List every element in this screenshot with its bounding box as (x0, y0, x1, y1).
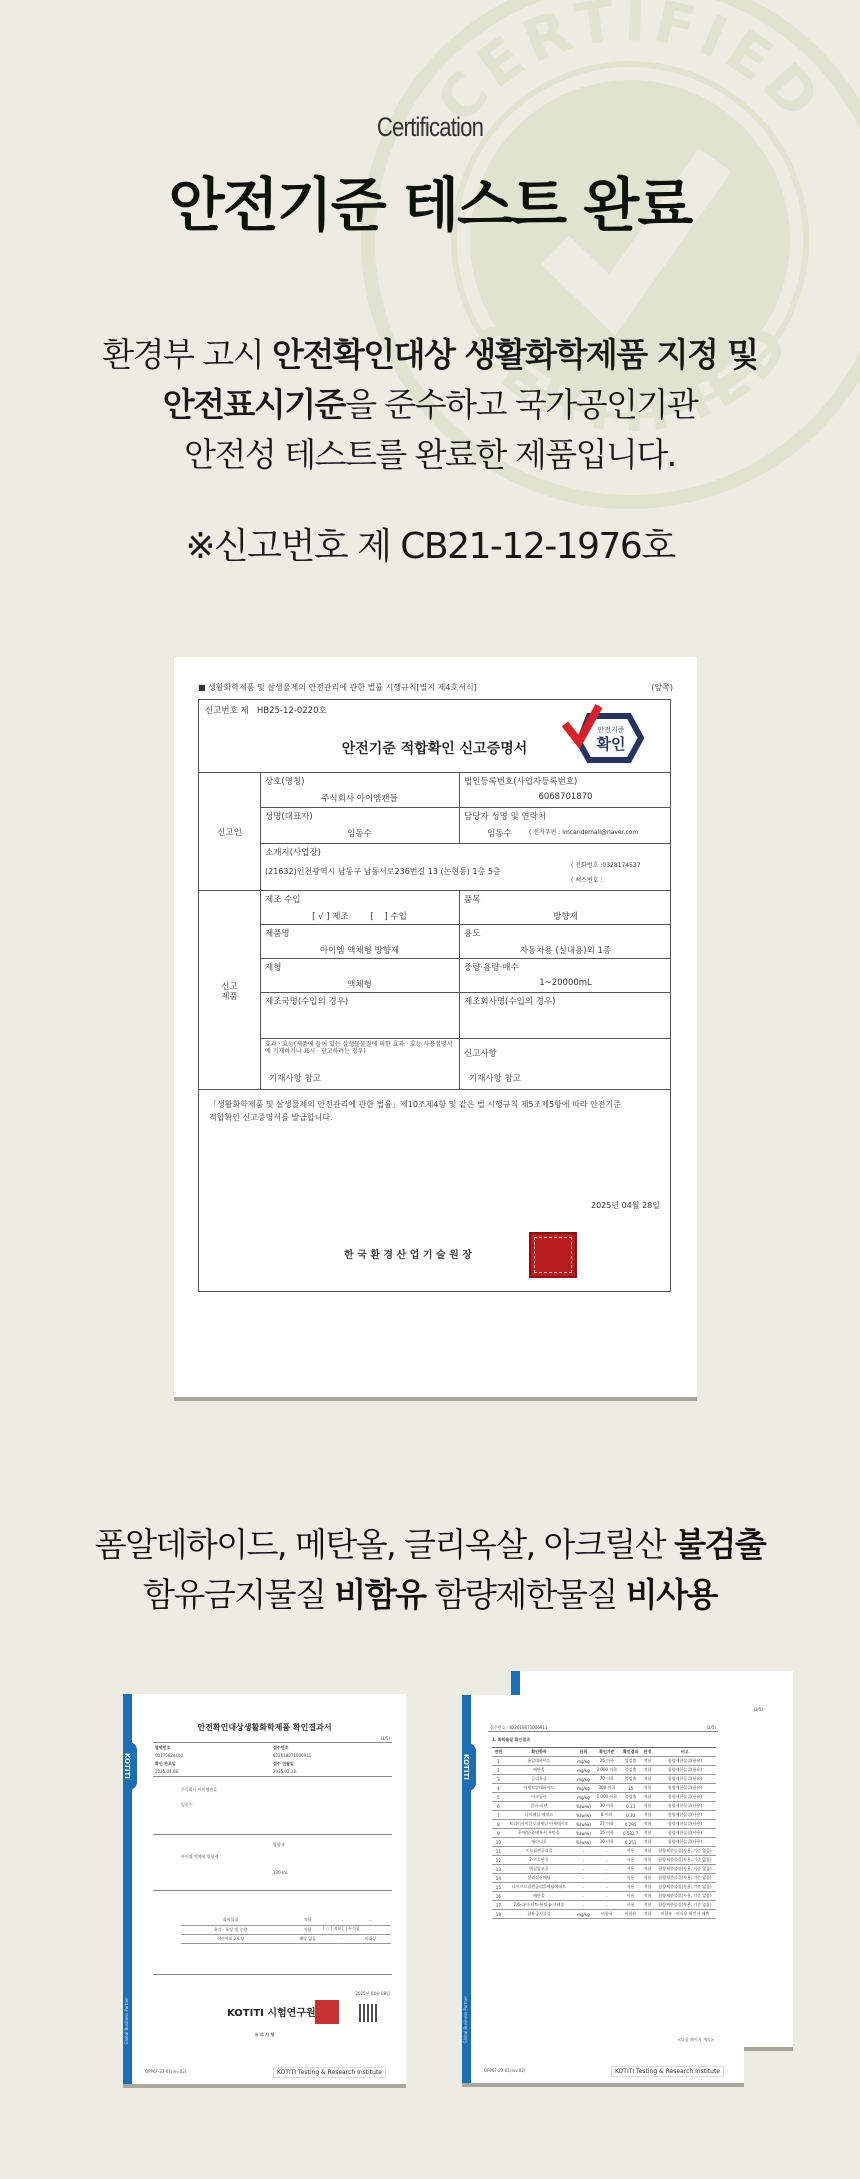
issuer-name: 한 국 환 경 산 업 기 술 원 장 (344, 1246, 472, 1261)
table-row: 122-프로판올--사용적합함량제한물질(사용, 기준 없음) (492, 1856, 716, 1865)
page-side: (앞쪽) (651, 682, 673, 693)
registration-number: ※신고번호 제 CB21-12-1976호 (0, 518, 860, 569)
page-title: 안전기준 테스트 완료 (0, 158, 860, 242)
table-row: 93-메틸-3-메톡시 부탄올%(w/w)15 이하0.582 7적합함량제한물… (492, 1829, 716, 1838)
table-row: 10제라니올%(w/w)10 이하0.251적합함량제한물질(사용) (492, 1838, 716, 1847)
kotiti-institute-name: KOTITI 시험연구원 (227, 2004, 316, 2019)
issuance-statement: 「생활화학제품 및 살생물제의 안전관리에 관한 법률」제10조제4항 및 같은… (209, 1098, 629, 1124)
table-row: 어린이보호포장해당 없음-비대상 (181, 1934, 391, 1943)
kotiti-result-report-page2: KOTITI Global Business Partner 접수번호 : 82… (462, 1695, 744, 2083)
table-row: 11프로필렌글리콜--사용적합함량제한물질(사용, 기준 없음) (492, 1847, 716, 1856)
table-row: 14살리실산메틸--사용적합함량제한물질(사용, 기준 없음) (492, 1874, 716, 1883)
table-row: 화학물질적합-- (181, 1916, 391, 1925)
kotiti-logo: KOTITI (123, 1742, 137, 1790)
table-row: 16에탄올--사용적합함량제한물질(사용, 기준 없음) (492, 1892, 716, 1901)
intro-text: 환경부 고시 안전확인대상 생활화학제품 지정 및 안전표시기준을 준수하고 국… (0, 330, 860, 480)
table-row: 2메탄올mg/kg2 000 이하불검출적합함량제한물질(함유) (492, 1766, 716, 1775)
table-row: 15다이프로필렌글리콜메틸에테르--사용적합함량제한물질(사용, 기준 없음) (492, 1883, 716, 1892)
test-result-claims: 폼알데하이드, 메탄올, 글리옥살, 아크릴산 불검출 함유금지물질 비함유 함… (0, 1520, 860, 1620)
kotiti-result-report-page1: KOTITI Global Business Partner 안전확인대상생활화… (123, 1694, 406, 2084)
table-row: 8트리이사이클로데세닐 아세테이트%(w/w)27 이하0.295적합함량제한물… (492, 1820, 716, 1829)
table-row: 13벤질알코올--사용적합함량제한물질(사용, 기준 없음) (492, 1865, 716, 1874)
certificate-frame: 신고번호 제 HB25-12-0220호 안전기준 적합확인 신고증명서 안전기… (198, 699, 671, 1292)
form-reference: ■ 생활화학제품 및 살생물제의 안전관리에 관한 법률 시행규칙[별지 제4호… (198, 682, 477, 693)
safety-certificate: ■ 생활화학제품 및 살생물제의 안전관리에 관한 법률 시행규칙[별지 제4호… (174, 657, 697, 1397)
table-row: 172,6-다이-터트-뷰틸-p-크레솔--사용적합함량제한물질(사용, 기준 … (492, 1901, 716, 1910)
svg-text:안전기준: 안전기준 (597, 725, 624, 734)
table-row: 4아세트알데하이드mg/kg300 이하15적합함량제한물질(함유) (492, 1784, 716, 1793)
issue-date: 2025년 04월 28일 (591, 1200, 660, 1211)
table-row: 3글리옥살mg/kg70 이하불검출적합함량제한물질(함유) (492, 1775, 716, 1784)
section-eyebrow: Certification (77, 112, 782, 143)
table-row: 6알파-피넨%(w/w)30 이하0.33적합함량제한물질(사용) (492, 1802, 716, 1811)
table-row: 1폼알데하이드mg/kg25 이하불검출적합함량제한물질(함유) (492, 1757, 716, 1766)
svg-text:확인: 확인 (596, 735, 626, 753)
table-row: 5아크릴산mg/kg1 000 이하불검출적합함량제한물질(함유) (492, 1793, 716, 1802)
kotiti-logo: KOTITI (462, 1743, 476, 1791)
safety-confirm-logo: 안전기준 확인 (559, 702, 644, 768)
official-seal (529, 1232, 577, 1278)
table-row: 18함유금지물질mg/kg비함유비함유적합비함유 · 비사용 확인서 제출 (492, 1910, 716, 1919)
table-row: 7다이페닐 에테르%(w/w)8 이하0.30적합함량제한물질(사용) (492, 1811, 716, 1820)
